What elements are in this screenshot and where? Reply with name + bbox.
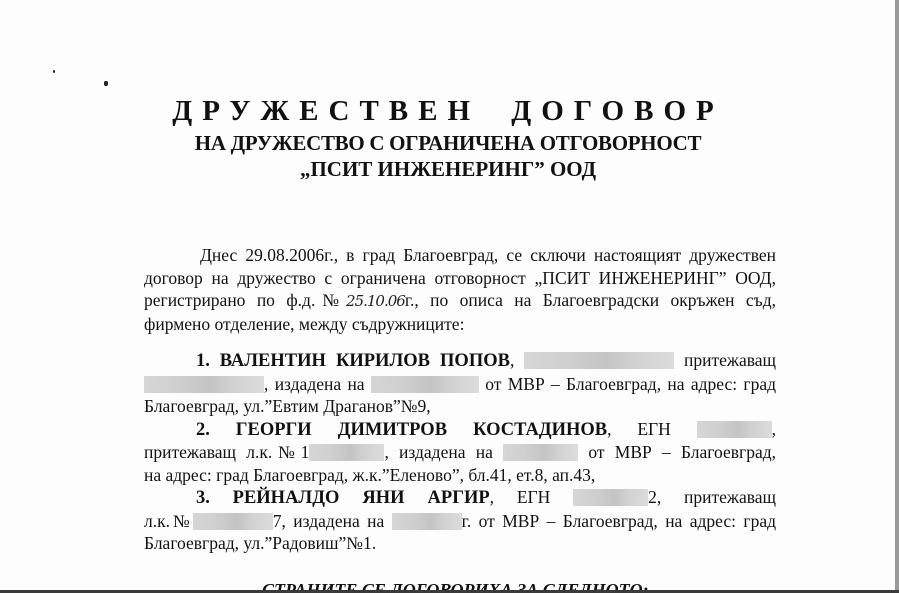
partner-name: РЕЙНАЛДО ЯНИ АРГИР: [233, 488, 490, 508]
page-edge-right: [895, 0, 899, 593]
redacted-block: [503, 444, 578, 461]
partner-1-line: 1. ВАЛЕНТИН КИРИЛОВ ПОПОВ, притежаващ: [144, 349, 776, 373]
intro-line: регистрирано по ф.д.№25.10.06г., по опис…: [144, 289, 776, 313]
partner-name: ГЕОРГИ ДИМИТРОВ КОСТАДИНОВ: [236, 420, 607, 440]
partner-3-line: л.к.№7, издадена на г. от МВР – Благоевг…: [144, 510, 776, 533]
company-name: „ПСИТ ИНЖЕНЕРИНГ” ООД: [0, 157, 896, 182]
document-page: ДРУЖЕСТВЕН ДОГОВОР НА ДРУЖЕСТВО С ОГРАНИ…: [0, 0, 896, 590]
partner-3-line: 3. РЕЙНАЛДО ЯНИ АРГИР, ЕГН 2, притежаващ: [144, 486, 776, 510]
intro-paragraph: Днес 29.08.2006г., в град Благоевград, с…: [144, 244, 776, 335]
partner-number: 2.: [196, 420, 210, 440]
partner-2-line: притежаващ л.к.№1, издадена на от МВР – …: [144, 441, 776, 464]
redacted-block: [524, 352, 674, 369]
partner-3-line: Благоевград, ул.”Радовиш”№1.: [144, 532, 776, 555]
partner-1-line: , издадена на от МВР – Благоевград, на а…: [144, 373, 776, 396]
intro-line: договор на дружество с ограничена отгово…: [144, 267, 776, 290]
intro-line: фирмено отделение, между съдружниците:: [144, 313, 776, 336]
intro-line: Днес 29.08.2006г., в град Благоевград, с…: [144, 244, 776, 267]
redacted-block: [392, 513, 462, 530]
partners-list: 1. ВАЛЕНТИН КИРИЛОВ ПОПОВ, притежаващ , …: [144, 349, 776, 555]
redacted-block: [371, 376, 479, 393]
redacted-block: [193, 513, 273, 530]
document-title: ДРУЖЕСТВЕН ДОГОВОР: [0, 95, 896, 128]
partner-2-line: 2. ГЕОРГИ ДИМИТРОВ КОСТАДИНОВ, ЕГН ,: [144, 418, 776, 442]
partner-2-line: на адрес: град Благоевград, ж.к.”Еленово…: [144, 464, 776, 487]
redacted-block: [697, 421, 772, 438]
partner-number: 1.: [196, 351, 210, 371]
partner-number: 3.: [196, 488, 210, 508]
redacted-block: [573, 489, 648, 506]
scan-speck: [53, 70, 55, 73]
partner-name: ВАЛЕНТИН КИРИЛОВ ПОПОВ: [220, 351, 510, 371]
handwritten-registration-number: 25.10.06: [346, 292, 405, 310]
partner-1-line: Благоевград, ул.”Евтим Драганов”№9,: [144, 395, 776, 418]
redacted-block: [309, 444, 384, 461]
scan-speck: [104, 81, 108, 86]
document-subtitle: НА ДРУЖЕСТВО С ОГРАНИЧЕНА ОТГОВОРНОСТ: [0, 131, 896, 156]
redacted-block: [144, 376, 264, 393]
